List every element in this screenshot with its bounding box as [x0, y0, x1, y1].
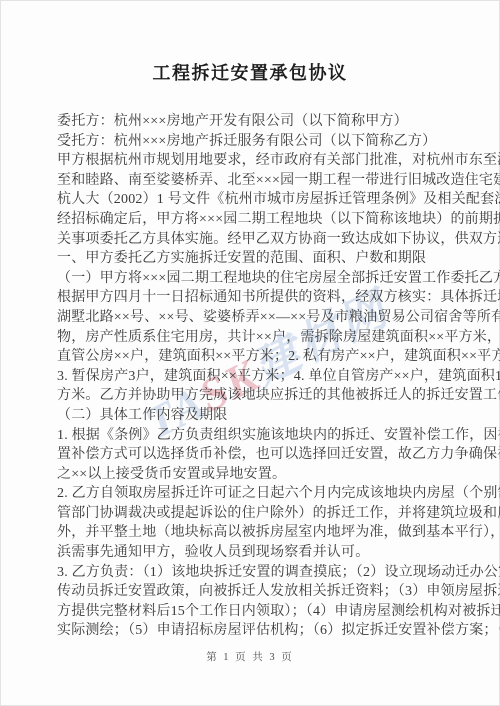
text-line: 1. 根据《条例》乙方负责组织实施该地块内的拆迁、安置补偿工作，因被拆迁人对安: [57, 426, 459, 446]
text-line: 传动员拆迁安置政策，向被拆迁人发放相关拆迁资料；（3）申领房屋拆迁许可证（甲: [57, 582, 459, 602]
text-line: 方提供完整材料后15个工作日内领取）；（4）申请房屋测绘机构对被拆迁房屋进行: [57, 602, 459, 622]
text-line: （二）具体工作内容及期限: [57, 406, 459, 426]
text-line: 湖墅北路××号、××号、娑婆桥弄××—××号及市粮油贸易公司宿舍等所有建筑: [57, 308, 459, 328]
text-line: 委托方：杭州×××房地产开发有限公司（以下简称甲方）: [57, 112, 459, 132]
text-line: 实际测绘；（5）申请招标房屋评估机构；（6）拟定拆迁安置补偿方案；（7）签订安: [57, 621, 459, 641]
text-line: 一、甲方委托乙方实施拆迁安置的范围、面积、户数和期限: [57, 249, 459, 269]
text-line: 杭人大（2002）1 号文件《杭州市城市房屋拆迁管理条例》及相关配套法规政策之规…: [57, 190, 459, 210]
page-number-footer: 第 1 页 共 3 页: [0, 649, 500, 664]
text-line: 浜需事先通知甲方，验收人员到现场察看并认可。: [57, 543, 459, 563]
document-body: 委托方：杭州×××房地产开发有限公司（以下简称甲方）受托方：杭州×××房地产拆迁…: [57, 112, 459, 641]
document-title: 工程拆迁安置承包协议: [0, 0, 500, 86]
text-line: 受托方：杭州×××房地产拆迁服务有限公司（以下简称乙方）: [57, 132, 459, 152]
text-line: 物，房产性质系住宅用房，共计××户，需拆除房屋建筑面积××平方米，其中：1.: [57, 328, 459, 348]
text-line: 至和睦路、南至娑婆桥弄、北至×××园一期工程一带进行旧城改造住宅建设。根据: [57, 171, 459, 191]
text-line: 3. 乙方负责：（1）该地块拆迁安置的调查摸底；（2）设立现场动迁办公室，组织宣: [57, 563, 459, 583]
document-page: TASK建材网 工程拆迁安置承包协议 委托方：杭州×××房地产开发有限公司（以下…: [0, 0, 500, 706]
text-line: 方米。乙方并协助甲方完成该地块应拆迁的其他被拆迁人的拆迁安置工作。: [57, 386, 459, 406]
text-line: 外，并平整土地（地块标高以被拆房屋室内地坪为准，做到基本平行），如有填埋沟: [57, 523, 459, 543]
text-line: 直管公房××户，建筑面积××平方米；2. 私有房产××户，建筑面积××平方米；: [57, 347, 459, 367]
text-line: 置补偿方式可以选择货币补偿，也可以选择回迁安置，故乙方力争确保被拆迁户百分: [57, 445, 459, 465]
text-line: （一）甲方将×××园二期工程地块的住宅房屋全部拆迁安置工作委托乙方具体实施。: [57, 269, 459, 289]
text-line: 2. 乙方自领取房屋拆迁许可证之日起六个月内完成该地块内房屋（个别需房屋拆迁主: [57, 484, 459, 504]
text-line: 之××以上接受货币安置或异地安置。: [57, 465, 459, 485]
text-line: 关事项委托乙方具体实施。经甲乙双方协商一致达成如下协议，供双方遵照执行：: [57, 230, 459, 250]
text-line: 3. 暂保房产3户，建筑面积××平方米；4. 单位自管房产××户，建筑面积1××…: [57, 367, 459, 387]
text-line: 根据甲方四月十一日招标通知书所提供的资料，经双方核实：具体拆迁地址、范围为：: [57, 288, 459, 308]
text-line: 管部门协调裁决或提起诉讼的住户除外）的拆迁工作，并将建筑垃圾和废弃物运出场: [57, 504, 459, 524]
text-line: 经招标确定后，甲方将×××园二期工程地块（以下简称该地块）的前期拆迁安置有: [57, 210, 459, 230]
text-line: 甲方根据杭州市规划用地要求，经市政府有关部门批准，对杭州市东至湖墅北路、西: [57, 151, 459, 171]
